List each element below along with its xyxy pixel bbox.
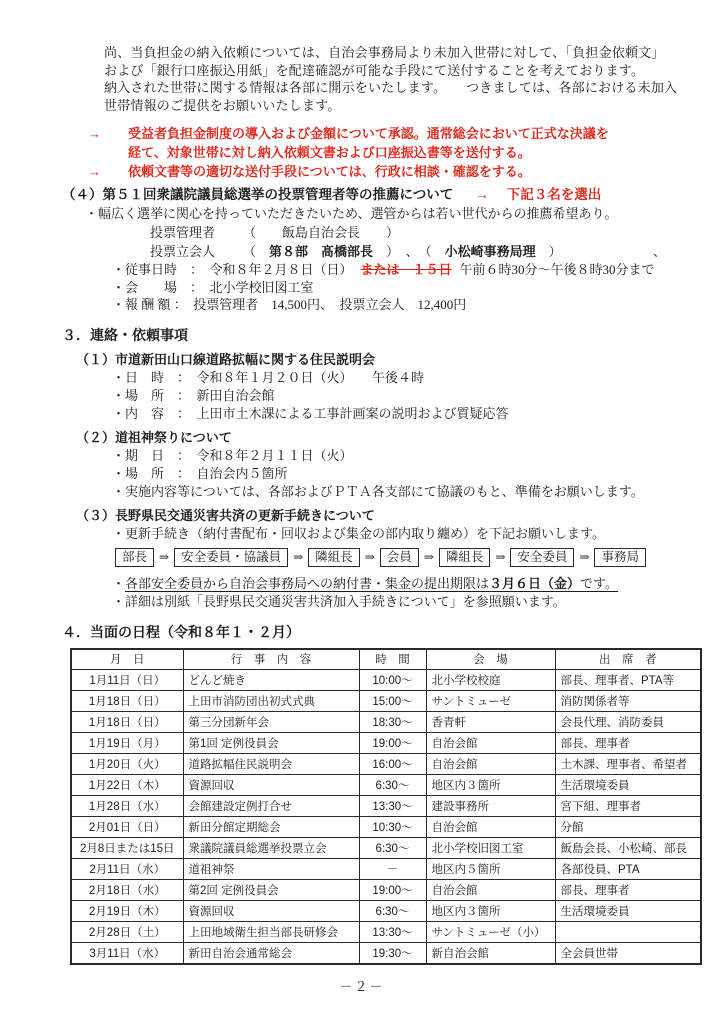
table-cell: 建設事務所 bbox=[426, 796, 555, 817]
flow-arrow-icon: ⇒ bbox=[293, 550, 303, 565]
deadline-post: です。 bbox=[580, 576, 618, 591]
table-cell: 生活環境委員 bbox=[555, 901, 701, 922]
witness-separator: 、 bbox=[393, 244, 426, 259]
deadline-line: ・各部安全委員から自治会事務局への納付書・集金の提出期限は３月６日（金）です。 bbox=[112, 575, 700, 593]
flow-box: 部長 bbox=[115, 548, 154, 567]
table-cell: 自治会館 bbox=[426, 733, 555, 754]
table-cell: 13:30～ bbox=[359, 796, 426, 817]
flow-arrow-icon: ⇒ bbox=[424, 550, 434, 565]
witness-paren: （ bbox=[425, 244, 445, 259]
witness-paren: （ bbox=[243, 244, 269, 259]
table-row: 2月11日（水）道祖神祭－地区内５箇所各部役員、PTA bbox=[71, 859, 701, 880]
table-cell: 6:30～ bbox=[359, 838, 426, 859]
table-header-cell: 月 日 bbox=[71, 649, 183, 670]
detail-pre: ・従事日時 ： 令和８年２月８日（日） bbox=[112, 262, 353, 277]
flow-box: 隣組長 bbox=[439, 548, 491, 567]
table-cell: サントミューゼ（小） bbox=[426, 922, 555, 943]
decision-line: →受益者負担金制度の導入および金額について承認。通常総会において正式な決議を bbox=[88, 124, 700, 143]
flow-chain: 部長⇒安全委員・協議員⇒隣組長⇒会員⇒隣組長⇒安全委員⇒事務局 bbox=[115, 547, 700, 569]
table-row: 2月28日（土）上田地域衛生担当部長研修会13:30～サントミューゼ（小） bbox=[71, 922, 701, 943]
table-cell: 1月20日（火） bbox=[71, 754, 183, 775]
witness-name-1: 第８部 髙橋部長 bbox=[269, 244, 373, 259]
flow-arrow-icon: ⇒ bbox=[495, 550, 505, 565]
table-row: 3月11日（水）新田自治会通常総会19:30～新自治会館全会員世帯 bbox=[71, 943, 701, 964]
table-cell: 部長、理事者、PTA等 bbox=[555, 670, 701, 691]
table-cell: 香青軒 bbox=[426, 712, 555, 733]
witness-paren: ） bbox=[373, 244, 393, 259]
flow-arrow-icon: ⇒ bbox=[579, 550, 589, 565]
table-cell: 2月01日（日） bbox=[71, 817, 183, 838]
table-cell: 1月22日（木） bbox=[71, 775, 183, 796]
sub2-line: ・実施内容等については、各部およびＰＴＡ各支部にて協議のもと、準備をお願いします… bbox=[112, 483, 700, 501]
sub2-line: ・場 所 ： 自治会内５箇所 bbox=[112, 465, 700, 483]
table-row: 1月28日（水）会館建設定例打合せ13:30～建設事務所宮下組、理事者 bbox=[71, 796, 701, 817]
table-row: 2月19日（木）資源回収6:30～地区内３箇所生活環境委員 bbox=[71, 901, 701, 922]
decision-text: 経て、対象世帯に対し納入依頼文書および口座振込書等を送付する。 bbox=[128, 145, 531, 160]
item4-decision: 下記３名を選出 bbox=[507, 187, 602, 202]
table-cell: 分館 bbox=[555, 817, 701, 838]
table-cell: 会長代理、消防委員 bbox=[555, 712, 701, 733]
bullet: ・ bbox=[112, 576, 125, 591]
schedule-table-body: 1月11日（日）どんど焼き10:00～北小学校校庭部長、理事者、PTA等1月18… bbox=[71, 670, 701, 964]
item4-heading: （４）第５１回衆議院議員総選挙の投票管理者等の推薦について→下記３名を選出 bbox=[62, 185, 700, 204]
manager-label: 投票管理者 bbox=[150, 225, 215, 240]
table-cell: 2月28日（土） bbox=[71, 922, 183, 943]
table-cell: 18:30～ bbox=[359, 712, 426, 733]
table-cell: 2月19日（木） bbox=[71, 901, 183, 922]
table-row: 2月18日（水）第2回 定例役員会19:00～自治会館部長、理事者 bbox=[71, 880, 701, 901]
sub1-line: ・場 所 ： 新田自治会館 bbox=[112, 387, 700, 405]
table-cell: － bbox=[359, 859, 426, 880]
table-row: 1月18日（日）第三分団新年会18:30～香青軒会長代理、消防委員 bbox=[71, 712, 701, 733]
arrow-icon: → bbox=[475, 187, 489, 202]
table-cell: 2月8日または15日 bbox=[71, 838, 183, 859]
table-cell: 道祖神祭 bbox=[183, 859, 359, 880]
table-row: 1月22日（木）資源回収6:30～地区内３箇所生活環境委員 bbox=[71, 775, 701, 796]
section3-sub2-title: （２）道祖神祭りについて bbox=[76, 429, 700, 447]
table-cell: 飯島会長、小松崎、部長 bbox=[555, 838, 701, 859]
schedule-table: 月 日行 事 内 容時 間会 場出 席 者 1月11日（日）どんど焼き10:00… bbox=[70, 648, 702, 965]
table-row: 2月01日（日）新田分館定期総会10:30～自治会館分館 bbox=[71, 817, 701, 838]
table-cell: 19:30～ bbox=[359, 943, 426, 964]
table-cell: 各部役員、PTA bbox=[555, 859, 701, 880]
arrow-icon: → bbox=[88, 124, 112, 143]
witness-name-2: 小松崎事務局理 bbox=[445, 244, 536, 259]
sub2-line: ・期 日 ： 令和８年２月１１日（火） bbox=[112, 447, 700, 465]
flow-box: 会員 bbox=[380, 548, 419, 567]
witness-label: 投票立会人 bbox=[150, 244, 215, 259]
item4-title: 第５１回衆議院議員総選挙の投票管理者等の推薦について bbox=[103, 187, 454, 202]
table-cell: 第2回 定例役員会 bbox=[183, 880, 359, 901]
table-cell: 6:30～ bbox=[359, 901, 426, 922]
table-cell: 生活環境委員 bbox=[555, 775, 701, 796]
table-cell: 1月28日（水） bbox=[71, 796, 183, 817]
decision-line: 経て、対象世帯に対し納入依頼文書および口座振込書等を送付する。 bbox=[88, 143, 700, 162]
table-cell: 1月18日（日） bbox=[71, 712, 183, 733]
table-cell: 13:30～ bbox=[359, 922, 426, 943]
table-cell: 自治会館 bbox=[426, 880, 555, 901]
table-row: 1月11日（日）どんど焼き10:00～北小学校校庭部長、理事者、PTA等 bbox=[71, 670, 701, 691]
table-cell: 新自治会館 bbox=[426, 943, 555, 964]
table-cell: 上田市消防団出初式式典 bbox=[183, 691, 359, 712]
sub3-line: ・更新手続き（納付書配布・回収および集金の部内取り纏め）を下記お願いします。 bbox=[112, 525, 700, 543]
table-cell: 10:00～ bbox=[359, 670, 426, 691]
table-cell: 土木課、理事者、希望者 bbox=[555, 754, 701, 775]
intro-line: および「銀行口座振込用紙」を配達確認が可能な手段にて送付することを考えております… bbox=[104, 62, 700, 80]
table-cell: 自治会館 bbox=[426, 754, 555, 775]
arrow-icon: → bbox=[88, 162, 112, 181]
table-cell: サントミューゼ bbox=[426, 691, 555, 712]
table-cell: 第三分団新年会 bbox=[183, 712, 359, 733]
section3-sub1-title: （１）市道新田山口線道路拡幅に関する住民説明会 bbox=[76, 351, 700, 369]
table-cell: 地区内３箇所 bbox=[426, 901, 555, 922]
flow-box: 安全委員 bbox=[510, 548, 574, 567]
deadline-date: ３月６日（金） bbox=[489, 576, 580, 591]
flow-arrow-icon: ⇒ bbox=[159, 550, 169, 565]
table-cell bbox=[555, 922, 701, 943]
decision-text: 受益者負担金制度の導入および金額について承認。通常総会において正式な決議を bbox=[128, 126, 609, 141]
table-cell: 1月19日（月） bbox=[71, 733, 183, 754]
table-cell: 北小学校旧図工室 bbox=[426, 838, 555, 859]
item4-note: ・幅広く選挙に関心を持っていただきたいため、選管からは若い世代からの推薦希望あり… bbox=[85, 205, 700, 223]
table-cell: どんど焼き bbox=[183, 670, 359, 691]
table-cell: 6:30～ bbox=[359, 775, 426, 796]
table-cell: 新田分館定期総会 bbox=[183, 817, 359, 838]
table-cell: 宮下組、理事者 bbox=[555, 796, 701, 817]
table-row: 2月8日または15日衆議院議員総選挙投票立会6:30～北小学校旧図工室飯島会長、… bbox=[71, 838, 701, 859]
table-cell: 新田自治会通常総会 bbox=[183, 943, 359, 964]
table-header-row: 月 日行 事 内 容時 間会 場出 席 者 bbox=[71, 649, 701, 670]
section3-heading: ３．連絡・依頼事項 bbox=[62, 326, 700, 345]
table-cell: 上田地域衛生担当部長研修会 bbox=[183, 922, 359, 943]
manager-value: （ 飯島自治会長 ） bbox=[243, 225, 399, 240]
table-cell: 消防関係者等 bbox=[555, 691, 701, 712]
table-cell: 1月18日（日） bbox=[71, 691, 183, 712]
table-cell: 19:00～ bbox=[359, 880, 426, 901]
table-cell: 3月11日（水） bbox=[71, 943, 183, 964]
witness-paren: ） bbox=[536, 244, 562, 259]
document-page: 尚、当負担金の納入依頼については、自治会事務局より未加入世帯に対して、「負担金依… bbox=[0, 0, 724, 1024]
struck-text: または １５日 bbox=[361, 262, 452, 277]
witness-line: 投票立会人（ 第８部 髙橋部長 ） 、 （ 小松崎事務局理 ）、 bbox=[150, 242, 700, 261]
table-cell: 10:30～ bbox=[359, 817, 426, 838]
table-header-cell: 行 事 内 容 bbox=[183, 649, 359, 670]
flow-box: 安全委員・協議員 bbox=[174, 548, 288, 567]
table-cell: 19:00～ bbox=[359, 733, 426, 754]
flow-arrow-icon: ⇒ bbox=[365, 550, 375, 565]
sub1-line: ・内 容 ： 上田市土木課による工事計画案の説明および質疑応答 bbox=[112, 405, 700, 423]
table-cell: 部長、理事者 bbox=[555, 733, 701, 754]
table-header-cell: 時 間 bbox=[359, 649, 426, 670]
decision-notes: →受益者負担金制度の導入および金額について承認。通常総会において正式な決議を 経… bbox=[62, 124, 700, 181]
table-cell: 北小学校校庭 bbox=[426, 670, 555, 691]
table-cell: 会館建設定例打合せ bbox=[183, 796, 359, 817]
table-header-cell: 会 場 bbox=[426, 649, 555, 670]
flow-box: 事務局 bbox=[594, 548, 646, 567]
deadline-pre: 各部安全委員から自治会事務局への納付書・集金の提出期限は bbox=[125, 576, 489, 591]
item4-detail-venue: ・会 場 ： 北小学校旧図工室 bbox=[112, 279, 700, 297]
table-header-cell: 出 席 者 bbox=[555, 649, 701, 670]
decision-text: 依頼文書等の適切な送付手段については、行政に相談・確認をする。 bbox=[128, 164, 531, 179]
table-cell: 第1回 定例役員会 bbox=[183, 733, 359, 754]
table-cell: 全会員世帯 bbox=[555, 943, 701, 964]
table-cell: 16:00～ bbox=[359, 754, 426, 775]
table-cell: 資源回収 bbox=[183, 901, 359, 922]
intro-line: 納入された世帯に関する情報は各部に開示をいたします。 つきましては、各部における… bbox=[104, 79, 700, 97]
table-row: 1月20日（火）道路拡幅住民説明会16:00～自治会館土木課、理事者、希望者 bbox=[71, 754, 701, 775]
schedule-heading: ４．当面の日程（令和８年１・２月） bbox=[62, 623, 700, 642]
table-cell: 地区内５箇所 bbox=[426, 859, 555, 880]
sub1-line: ・日 時 ： 令和８年１月２０日（火） 午後４時 bbox=[112, 369, 700, 387]
table-cell: 衆議院議員総選挙投票立会 bbox=[183, 838, 359, 859]
item4-detail-datetime: ・従事日時 ： 令和８年２月８日（日）または １５日午前６時30分～午後８時30… bbox=[112, 261, 700, 279]
table-cell: 部長、理事者 bbox=[555, 880, 701, 901]
table-cell: 資源回収 bbox=[183, 775, 359, 796]
table-cell: 地区内３箇所 bbox=[426, 775, 555, 796]
item4-detail-pay: ・報 酬 額 ： 投票管理者 14,500円、 投票立会人 12,400円 bbox=[112, 296, 700, 314]
table-cell: 2月11日（水） bbox=[71, 859, 183, 880]
table-cell: 1月11日（日） bbox=[71, 670, 183, 691]
intro-line: 世帯情報のご提供をお願いいたします。 bbox=[104, 97, 700, 115]
section3-sub3-title: （３）長野県民交通災害共済の更新手続きについて bbox=[76, 507, 700, 525]
table-cell: 自治会館 bbox=[426, 817, 555, 838]
trailing-comma: 、 bbox=[653, 242, 666, 261]
manager-line: 投票管理者（ 飯島自治会長 ） bbox=[150, 223, 700, 242]
item4-number: （４） bbox=[62, 187, 103, 202]
flow-box: 隣組長 bbox=[308, 548, 360, 567]
table-row: 1月19日（月）第1回 定例役員会19:00～自治会館部長、理事者 bbox=[71, 733, 701, 754]
intro-line: 尚、当負担金の納入依頼については、自治会事務局より未加入世帯に対して、「負担金依… bbox=[104, 44, 700, 62]
table-cell: 2月18日（水） bbox=[71, 880, 183, 901]
decision-line: →依頼文書等の適切な送付手段については、行政に相談・確認をする。 bbox=[88, 162, 700, 181]
sub3-line: ・詳細は別紙「長野県民交通災害共済加入手続きについて」を参照願います。 bbox=[112, 593, 700, 611]
page-number: －２－ bbox=[0, 976, 724, 995]
table-cell: 道路拡幅住民説明会 bbox=[183, 754, 359, 775]
table-cell: 15:00～ bbox=[359, 691, 426, 712]
detail-post: 午前６時30分～午後８時30分まで bbox=[460, 262, 655, 277]
intro-paragraph: 尚、当負担金の納入依頼については、自治会事務局より未加入世帯に対して、「負担金依… bbox=[62, 44, 700, 114]
table-row: 1月18日（日）上田市消防団出初式式典15:00～サントミューゼ消防関係者等 bbox=[71, 691, 701, 712]
